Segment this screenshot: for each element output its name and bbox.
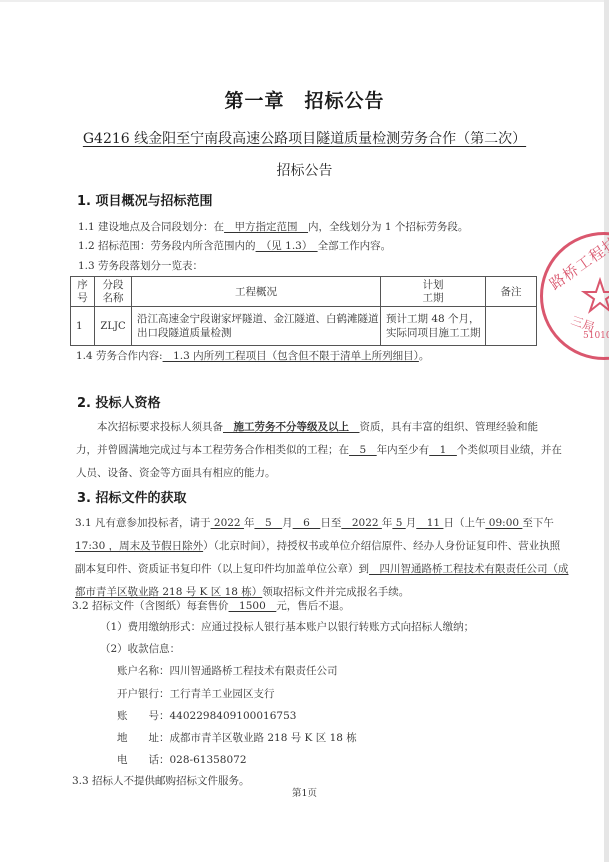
header-period-line1: 计划 [423, 279, 444, 291]
count-suffix: 个类似项目业绩，并在 [457, 444, 562, 456]
item-3-1-prefix: 3.1 凡有意参加投标者，请于 [75, 517, 211, 529]
section-2-paragraph: 本次招标要求投标人须具备 施工劳务不分等级及以上 资质，具有丰富的组织、管理经验… [76, 416, 536, 485]
header-period: 计划工期 [381, 277, 486, 307]
section-2-line-3: 人员、设备、资金等方面具有相应的能力。 [76, 462, 536, 485]
item-3-1-line-2-suffix: ）（北京时间），持授权书或单位介绍信原件、经办人身份证复印件、营业执照 [203, 540, 560, 552]
address: 地 址：成都市青羊区敬业路 218 号 K 区 18 栋 [117, 730, 357, 745]
item-3-1: 3.1 凡有意参加投标者，请于 2022 年 5 月 6 日至 2022 年 5… [75, 512, 535, 604]
cell-overview-line2: 出口段隧道质量检测 [137, 327, 232, 339]
seal-code: 5101055 [583, 331, 609, 341]
item-1-3: 1.3 劳务段落划分一览表： [78, 258, 203, 273]
account-number: 账 号：4402298409100016753 [117, 708, 296, 723]
years-prefix: 力，并曾圆满地完成过与本工程劳务合作相类似的工程；在 [76, 444, 349, 456]
item-1-2-suffix: 全部工作内容。 [318, 240, 392, 252]
header-remark: 备注 [486, 277, 537, 307]
company-address-part2: 都市青羊区敬业路 218 号 K 区 18 栋） [75, 586, 262, 598]
section-1-heading: 1. 项目概况与招标范围 [77, 190, 213, 209]
label-day-to: 日至 [320, 517, 341, 529]
payment-method: （1）费用缴纳形式：应通过投标人银行基本账户以银行转账方式向招标人缴纳； [100, 619, 474, 634]
end-day: 11 [416, 517, 443, 529]
label-to-pm: 至下午 [522, 517, 554, 529]
header-overview: 工程概况 [132, 277, 381, 307]
cell-no: 1 [71, 307, 95, 346]
item-1-2-prefix: 1.2 招标范围：劳务段内所含范围内的 [78, 240, 256, 252]
cell-overview-line1: 沿江高速金宁段谢家坪隧道、金江隧道、白鹤滩隧道 [137, 313, 379, 325]
qual-level-blank: 施工劳务不分等级及以上 [223, 421, 360, 433]
receipt-info-label: （2）收款信息： [100, 641, 180, 656]
item-3-1-line-4-suffix: 领取招标文件并完成报名手续。 [262, 586, 409, 598]
start-day: 6 [293, 517, 321, 529]
table-header-row: 序号 分段名称 工程概况 计划工期 备注 [71, 277, 537, 307]
header-no-line1: 序 [77, 279, 88, 291]
price-blank: 1500 [229, 600, 277, 612]
address-label: 地 址： [117, 732, 170, 744]
cell-period-line1: 预计工期 48 个月， [386, 313, 480, 325]
page-top-edge [0, 0, 609, 2]
item-3-2-prefix: 3.2 招标文件（含图纸）每套售价 [72, 600, 229, 612]
account-name: 账户名称：四川智通路桥工程技术有限责任公司 [117, 663, 338, 678]
pm-time-note: 17:30 ，周末及节假日除外 [75, 540, 203, 552]
header-no-line2: 号 [77, 292, 88, 304]
qual-prefix: 本次招标要求投标人须具备 [97, 421, 223, 433]
start-month: 5 [254, 517, 282, 529]
address-value: 成都市青羊区敬业路 218 号 K 区 18 栋 [170, 732, 357, 744]
header-period-line2: 工期 [423, 292, 444, 304]
label-month: 月 [282, 517, 293, 529]
phone-label: 电 话： [117, 754, 170, 766]
chapter-title: 第一章 招标公告 [0, 86, 609, 113]
cell-overview: 沿江高速金宁段谢家坪隧道、金江隧道、白鹤滩隧道出口段隧道质量检测 [132, 307, 381, 346]
item-3-2-suffix: 元，售后不退。 [276, 600, 350, 612]
section-2-line-1: 本次招标要求投标人须具备 施工劳务不分等级及以上 资质，具有丰富的组织、管理经验… [76, 416, 536, 439]
end-month: 5 [392, 517, 405, 529]
company-seal: 路桥工程技术有 三局 5101055 [540, 232, 609, 360]
item-1-4-prefix: 1.4 劳务合作内容: [76, 350, 163, 362]
header-name-line1: 分段 [103, 279, 124, 291]
item-1-4-suffix: 。 [419, 350, 430, 362]
label-year-2: 年 [382, 517, 393, 529]
start-year: 2022 [211, 517, 244, 529]
header-name: 分段名称 [95, 277, 132, 307]
bank-name: 开户银行：工行青羊工业园区支行 [117, 686, 275, 701]
account-number-label: 账 号： [117, 710, 170, 722]
section-2-line-2: 力，并曾圆满地完成过与本工程劳务合作相类似的工程；在 5 年内至少有 1 个类似… [76, 439, 536, 462]
item-3-1-line-3: 副本复印件、资质证书复印件（以上复印件均加盖单位公章）到 四川智通路桥工程技术有… [75, 558, 535, 581]
label-month-2: 月 [406, 517, 417, 529]
phone: 电 话：028-61358072 [117, 752, 247, 767]
section-2-heading: 2. 投标人资格 [77, 392, 161, 411]
cell-remark [486, 307, 537, 346]
item-3-2: 3.2 招标文件（含图纸）每套售价 1500 元，售后不退。 [72, 598, 350, 613]
label-day-am: 日（上午 [443, 517, 485, 529]
sub-title: 招标公告 [0, 160, 609, 180]
company-address-part1: 四川智通路桥工程技术有限责任公司（成 [369, 563, 569, 575]
item-1-1-prefix: 1.1 建设地点及合同段划分：在 [78, 221, 224, 233]
item-3-1-line-3-prefix: 副本复印件、资质证书复印件（以上复印件均加盖单位公章）到 [75, 563, 369, 575]
segment-table: 序号 分段名称 工程概况 计划工期 备注 1 ZLJC 沿江高速金宁段谢家坪隧道… [70, 276, 537, 346]
end-year: 2022 [341, 517, 382, 529]
item-1-1-suffix: 内，全线划分为 1 个招标劳务段。 [308, 221, 468, 233]
item-1-1: 1.1 建设地点及合同段划分：在 甲方指定范围 内，全线划分为 1 个招标劳务段… [78, 219, 468, 234]
item-1-2: 1.2 招标范围：劳务段内所含范围内的 （见 1.3） 全部工作内容。 [78, 238, 391, 253]
project-title-text: G4216 线金阳至宁南段高速公路项目隧道质量检测劳务合作（第二次） [83, 131, 526, 147]
count-prefix: 年内至少有 [377, 444, 430, 456]
phone-value: 028-61358072 [170, 754, 247, 766]
item-1-2-blank: （见 1.3） [256, 240, 318, 252]
am-time: 09:00 [485, 517, 522, 529]
years-blank: 5 [349, 444, 377, 456]
account-number-value: 4402298409100016753 [170, 710, 297, 722]
section-3-heading: 3. 招标文件的获取 [77, 487, 187, 506]
count-blank: 1 [429, 444, 457, 456]
header-no: 序号 [71, 277, 95, 307]
item-1-4: 1.4 劳务合作内容: 1.3 内所列工程项目（包含但不限于清单上所列细目）。 [76, 348, 429, 363]
header-name-line2: 名称 [103, 292, 124, 304]
cell-period: 预计工期 48 个月，实际同项目施工工期 [381, 307, 486, 346]
table-row: 1 ZLJC 沿江高速金宁段谢家坪隧道、金江隧道、白鹤滩隧道出口段隧道质量检测 … [71, 307, 537, 346]
cell-name: ZLJC [95, 307, 132, 346]
project-title: G4216 线金阳至宁南段高速公路项目隧道质量检测劳务合作（第二次） [0, 128, 609, 148]
item-1-4-blank: 1.3 内所列工程项目（包含但不限于清单上所列细目） [163, 350, 419, 362]
item-3-1-line-2: 17:30 ，周末及节假日除外）（北京时间），持授权书或单位介绍信原件、经办人身… [75, 535, 535, 558]
cell-period-line2: 实际同项目施工工期 [386, 327, 481, 339]
item-1-1-blank: 甲方指定范围 [224, 221, 308, 233]
item-3-1-line-1: 3.1 凡有意参加投标者，请于 2022 年 5 月 6 日至 2022 年 5… [75, 512, 535, 535]
label-year: 年 [244, 517, 255, 529]
page-number: 第1页 [0, 785, 609, 799]
qual-suffix: 资质，具有丰富的组织、管理经验和能 [360, 421, 539, 433]
